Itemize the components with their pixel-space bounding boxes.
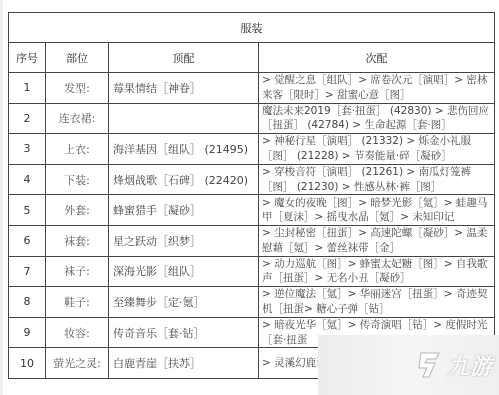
row-num: 4 — [9, 164, 46, 195]
row-sub: > 觉醒之息［组队］> 席卷次元［演唱］> 密林来客［限时］> 甜蜜心意［图］ — [259, 73, 495, 104]
row-part: 袜套: — [46, 225, 109, 256]
row-sub: > 魔女的夜晚［图］> 暗梦光影［氪］> 蛙趣马甲［夏沫］> 摇曳水晶［氪］> … — [259, 195, 495, 226]
table-row: 6 袜套: 星之跃动［织梦］ > 尘封秘密［扭蛋］> 高速陀螺［凝砂］> 温柔慰… — [9, 225, 495, 256]
row-top: 蜂蜜猎手［凝砂］ — [109, 195, 259, 226]
row-part: 袜子: — [46, 256, 109, 287]
row-sub: > 尘封秘密［扭蛋］> 高速陀螺［凝砂］> 温柔慰藉［氪］> 蕾丝袜带［金］ — [259, 225, 495, 256]
row-part: 上衣: — [46, 134, 109, 165]
row-part: 下装: — [46, 164, 109, 195]
row-top: 深海光影［组队］ — [109, 256, 259, 287]
row-top: 莓果情结［神眷］ — [109, 73, 259, 104]
row-sub-text: > 魔女的夜晚［图］> 暗梦光影［氪］> 蛙趣马甲［夏沫］> 摇曳水晶［氪］> … — [262, 196, 494, 225]
row-sub: > 穿梭音符［演唱］ (21261) > 南瓜灯笼裤［图］ (21230) > … — [259, 164, 495, 195]
row-sub: 魔法未来2019［套·扭蛋］ (42830) > 悲伤回应［扭蛋］ (42784… — [259, 103, 495, 134]
row-num: 6 — [9, 225, 46, 256]
row-top: 海洋基因［组队］ (21495) — [109, 134, 259, 165]
header-top: 顶配 — [109, 43, 259, 73]
table-row: 7 袜子: 深海光影［组队］ > 动力巡航［图］> 蜂蜜太妃糖［图］> 自我歌声… — [9, 256, 495, 287]
table-row: 3 上衣: 海洋基因［组队］ (21495) > 神秘行星［演唱］ (21332… — [9, 134, 495, 165]
table-row: 8 鞋子: 至臻舞步［定·氪］ > 逆位魔法［氪］> 华丽迷宫［扭蛋］> 奇迹契… — [9, 287, 495, 318]
table-row: 4 下装: 烽烟战歌［石碑］ (22420) > 穿梭音符［演唱］ (21261… — [9, 164, 495, 195]
header-num: 序号 — [9, 43, 46, 73]
row-part: 外套: — [46, 195, 109, 226]
row-sub-text: > 觉醒之息［组队］> 席卷次元［演唱］> 密林来客［限时］> 甜蜜心意［图］ — [262, 73, 494, 102]
row-num: 9 — [9, 317, 46, 348]
watermark-text: 九游 — [447, 350, 493, 381]
table-header-row: 序号 部位 顶配 次配 — [9, 43, 495, 73]
row-part: 鞋子: — [46, 287, 109, 318]
table-title: 服装 — [9, 13, 495, 43]
row-top: 星之跃动［织梦］ — [109, 225, 259, 256]
row-sub-text: > 动力巡航［图］> 蜂蜜太妃糖［图］> 自我歌声［扭蛋］> 无名小丑［凝砂］ — [262, 257, 494, 286]
row-part: 萤光之灵: — [46, 348, 109, 379]
row-part: 发型: — [46, 73, 109, 104]
row-num: 2 — [9, 103, 46, 134]
watermark-logo: 九游 — [415, 349, 493, 381]
row-sub-text: 魔法未来2019［套·扭蛋］ (42830) > 悲伤回应［扭蛋］ (42784… — [262, 104, 494, 133]
row-top: 传奇音乐［套·钻］ — [109, 317, 259, 348]
table-row: 2 连衣裙: 魔法未来2019［套·扭蛋］ (42830) > 悲伤回应［扭蛋］… — [9, 103, 495, 134]
row-num: 8 — [9, 287, 46, 318]
table-title-row: 服装 — [9, 13, 495, 43]
table-row: 1 发型: 莓果情结［神眷］ > 觉醒之息［组队］> 席卷次元［演唱］> 密林来… — [9, 73, 495, 104]
jiuyou-logo-icon — [415, 349, 443, 381]
row-sub-text: > 神秘行星［演唱］ (21332) > 烁金小礼服［图］ (21228) > … — [262, 134, 494, 163]
row-num: 7 — [9, 256, 46, 287]
row-num: 10 — [9, 348, 46, 379]
row-sub: > 逆位魔法［氪］> 华丽迷宫［扭蛋］> 奇迹契机［扭蛋> 糖心子弹［钻］ — [259, 287, 495, 318]
row-sub-text: > 逆位魔法［氪］> 华丽迷宫［扭蛋］> 奇迹契机［扭蛋> 糖心子弹［钻］ — [262, 287, 494, 316]
row-sub-text: > 穿梭音符［演唱］ (21261) > 南瓜灯笼裤［图］ (21230) > … — [262, 165, 494, 194]
header-part: 部位 — [46, 43, 109, 73]
watermark-overlay: 九游 — [318, 335, 499, 395]
row-part: 连衣裙: — [46, 103, 109, 134]
header-sub: 次配 — [259, 43, 495, 73]
row-sub-text: > 尘封秘密［扭蛋］> 高速陀螺［凝砂］> 温柔慰藉［氪］> 蕾丝袜带［金］ — [262, 226, 494, 255]
row-top: 白鹿青崖［扶苏］ — [109, 348, 259, 379]
row-sub: > 神秘行星［演唱］ (21332) > 烁金小礼服［图］ (21228) > … — [259, 134, 495, 165]
row-num: 3 — [9, 134, 46, 165]
row-sub: > 动力巡航［图］> 蜂蜜太妃糖［图］> 自我歌声［扭蛋］> 无名小丑［凝砂］ — [259, 256, 495, 287]
page-edge — [0, 0, 3, 395]
row-num: 1 — [9, 73, 46, 104]
table-row: 5 外套: 蜂蜜猎手［凝砂］ > 魔女的夜晚［图］> 暗梦光影［氪］> 蛙趣马甲… — [9, 195, 495, 226]
row-num: 5 — [9, 195, 46, 226]
row-top: 烽烟战歌［石碑］ (22420) — [109, 164, 259, 195]
row-top — [109, 103, 259, 134]
outfit-table: 服装 序号 部位 顶配 次配 1 发型: 莓果情结［神眷］ > 觉醒之息［组队］… — [8, 12, 495, 379]
row-top: 至臻舞步［定·氪］ — [109, 287, 259, 318]
row-part: 妆容: — [46, 317, 109, 348]
